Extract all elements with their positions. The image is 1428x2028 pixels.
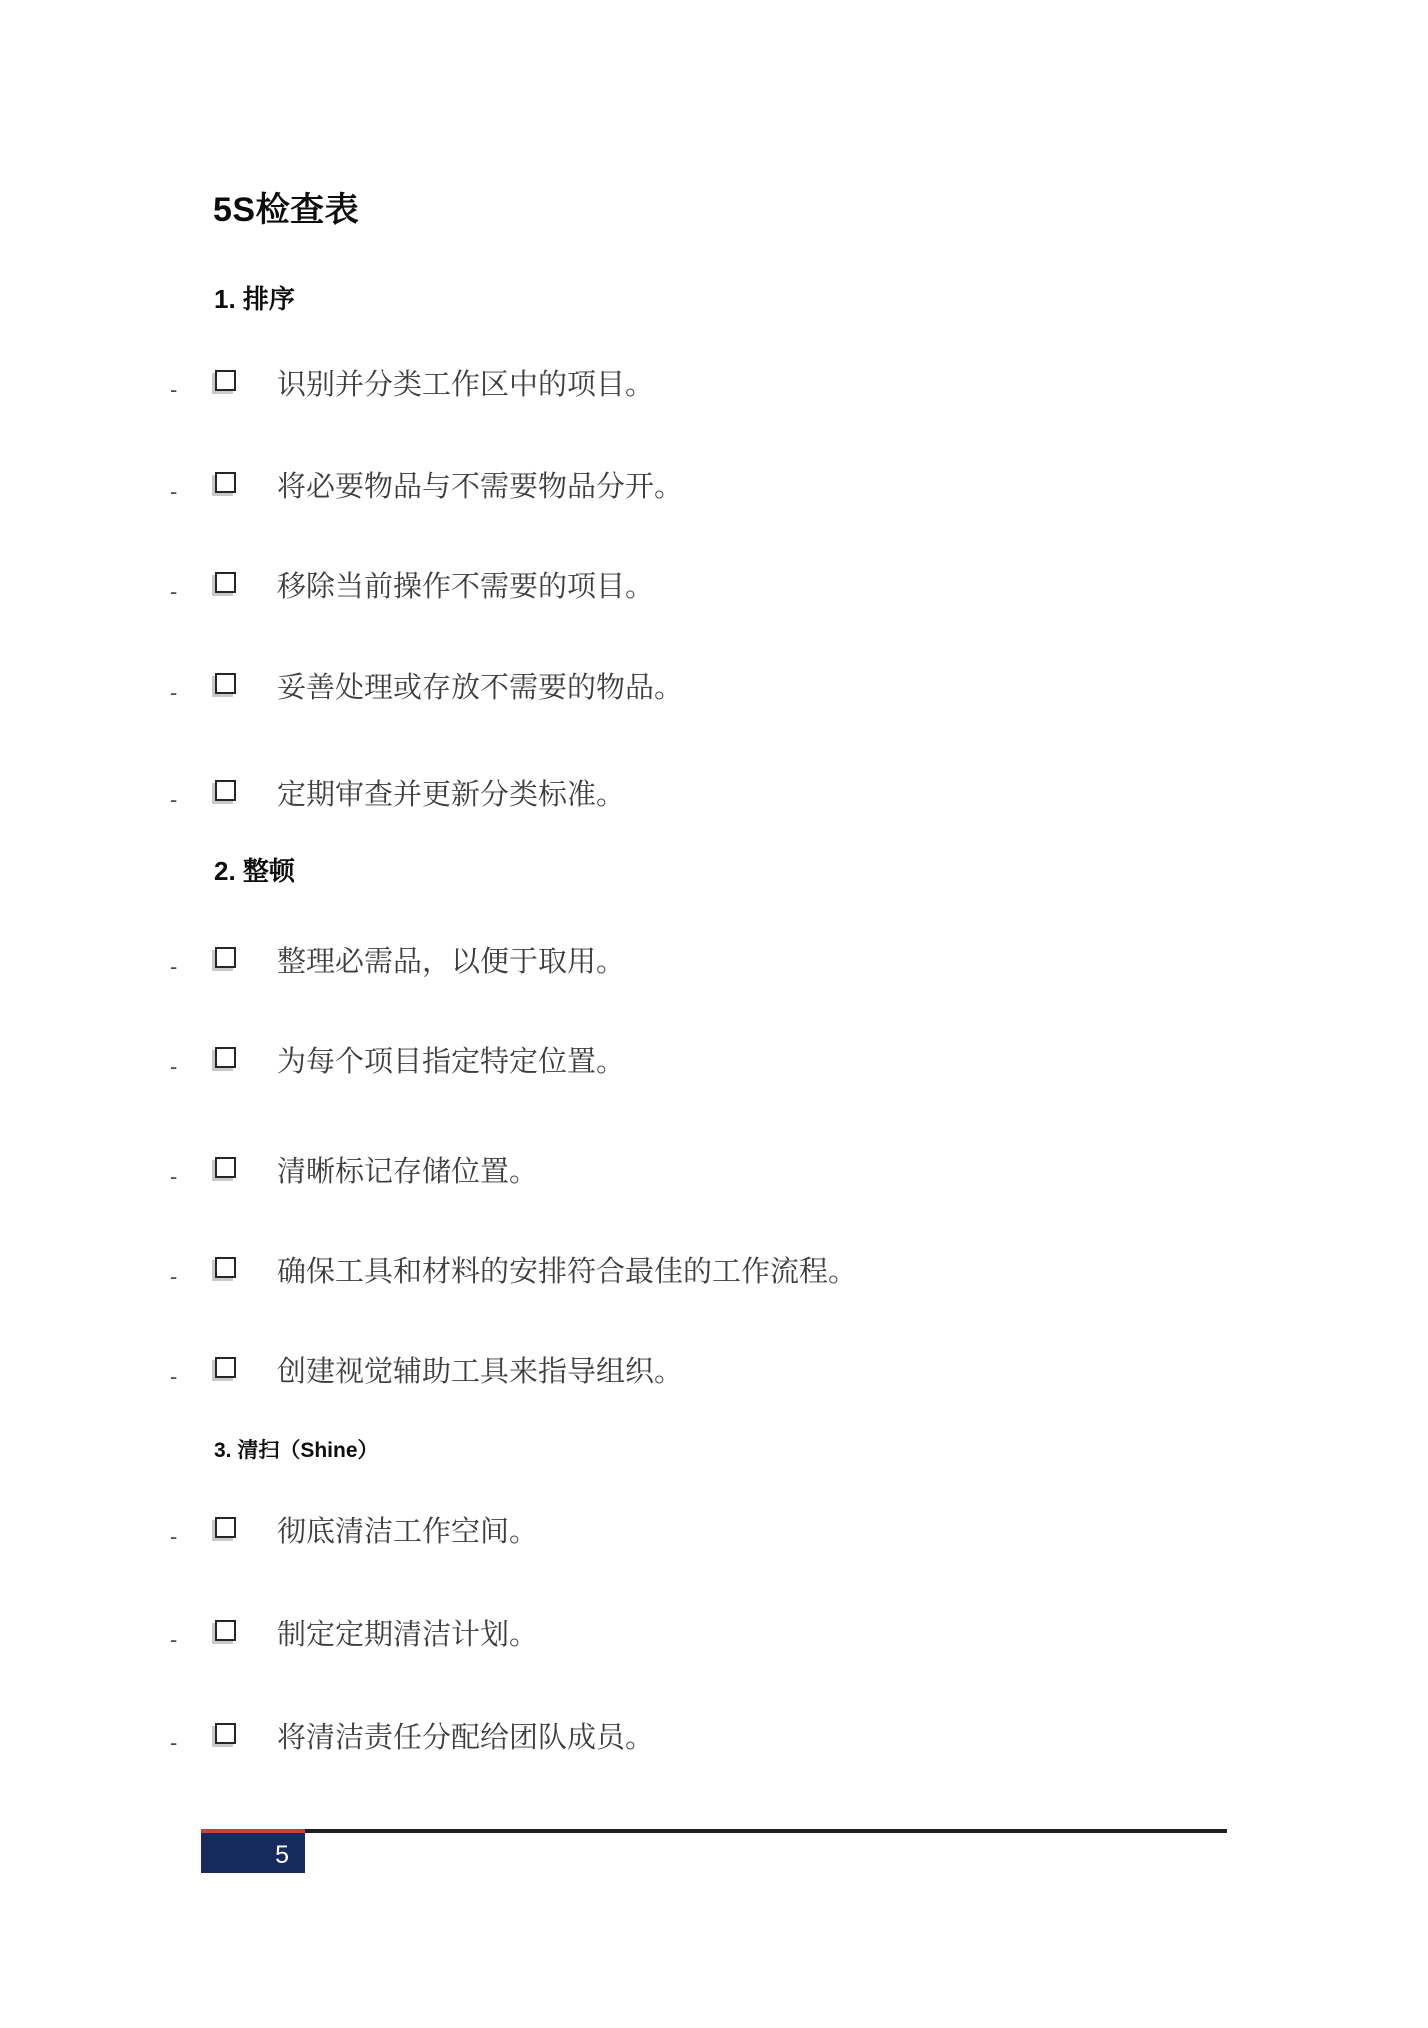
list-dash: - <box>170 1629 184 1651</box>
list-dash: - <box>170 956 184 978</box>
list-dash: - <box>170 581 184 603</box>
checklist-item: - 为每个项目指定特定位置。 <box>170 1044 625 1080</box>
list-dash: - <box>170 1056 184 1078</box>
checklist-item: - 识别并分类工作区中的项目。 <box>170 367 654 403</box>
section-heading-shine: 3. 清扫（Shine） <box>214 1438 379 1464</box>
checklist-item-label: 制定定期清洁计划。 <box>277 1617 538 1653</box>
checkbox-unchecked-icon[interactable] <box>215 673 236 694</box>
list-dash: - <box>170 1732 184 1754</box>
checklist-item-label: 确保工具和材料的安排符合最佳的工作流程。 <box>277 1254 857 1290</box>
section-heading-sort: 1. 排序 <box>214 283 295 315</box>
section-heading-set-in-order: 2. 整顿 <box>214 855 295 887</box>
document-page: 5S检查表 1. 排序 - 识别并分类工作区中的项目。 - 将必要物品与不需要物… <box>0 0 1428 2028</box>
checklist-item: - 定期审查并更新分类标准。 <box>170 777 625 813</box>
checklist-item: - 制定定期清洁计划。 <box>170 1617 538 1653</box>
checklist-item-label: 创建视觉辅助工具来指导组织。 <box>277 1354 683 1390</box>
checklist-item-label: 将必要物品与不需要物品分开。 <box>277 469 683 505</box>
list-dash: - <box>170 481 184 503</box>
page-number-badge: 5 <box>201 1829 305 1873</box>
checklist-item: - 妥善处理或存放不需要的物品。 <box>170 670 683 706</box>
checklist-item: - 清晰标记存储位置。 <box>170 1154 538 1190</box>
checklist-item: - 彻底清洁工作空间。 <box>170 1514 538 1550</box>
checkbox-unchecked-icon[interactable] <box>215 1157 236 1178</box>
checklist-item-label: 整理必需品，以便于取用。 <box>277 944 625 980</box>
page-title: 5S检查表 <box>213 190 359 230</box>
checkbox-unchecked-icon[interactable] <box>215 1723 236 1744</box>
checklist-item: - 整理必需品，以便于取用。 <box>170 944 625 980</box>
checklist-item-label: 将清洁责任分配给团队成员。 <box>277 1720 654 1756</box>
list-dash: - <box>170 789 184 811</box>
checklist-item: - 创建视觉辅助工具来指导组织。 <box>170 1354 683 1390</box>
checkbox-unchecked-icon[interactable] <box>215 572 236 593</box>
checkbox-unchecked-icon[interactable] <box>215 1517 236 1538</box>
checklist-item-label: 彻底清洁工作空间。 <box>277 1514 538 1550</box>
checklist-item: - 将清洁责任分配给团队成员。 <box>170 1720 654 1756</box>
checklist-item: - 确保工具和材料的安排符合最佳的工作流程。 <box>170 1254 857 1290</box>
checkbox-unchecked-icon[interactable] <box>215 947 236 968</box>
checkbox-unchecked-icon[interactable] <box>215 1357 236 1378</box>
checklist-item-label: 识别并分类工作区中的项目。 <box>277 367 654 403</box>
list-dash: - <box>170 1526 184 1548</box>
checklist-item: - 将必要物品与不需要物品分开。 <box>170 469 683 505</box>
checkbox-unchecked-icon[interactable] <box>215 472 236 493</box>
list-dash: - <box>170 379 184 401</box>
list-dash: - <box>170 1166 184 1188</box>
checklist-item: - 移除当前操作不需要的项目。 <box>170 569 654 605</box>
checklist-item-label: 定期审查并更新分类标准。 <box>277 777 625 813</box>
checkbox-unchecked-icon[interactable] <box>215 780 236 801</box>
checkbox-unchecked-icon[interactable] <box>215 370 236 391</box>
checkbox-unchecked-icon[interactable] <box>215 1257 236 1278</box>
checklist-item-label: 移除当前操作不需要的项目。 <box>277 569 654 605</box>
list-dash: - <box>170 1366 184 1388</box>
footer-rule <box>303 1829 1227 1833</box>
checkbox-unchecked-icon[interactable] <box>215 1047 236 1068</box>
checkbox-unchecked-icon[interactable] <box>215 1620 236 1641</box>
page-number: 5 <box>275 1841 289 1869</box>
checklist-item-label: 妥善处理或存放不需要的物品。 <box>277 670 683 706</box>
list-dash: - <box>170 682 184 704</box>
checklist-item-label: 为每个项目指定特定位置。 <box>277 1044 625 1080</box>
checklist-item-label: 清晰标记存储位置。 <box>277 1154 538 1190</box>
list-dash: - <box>170 1266 184 1288</box>
